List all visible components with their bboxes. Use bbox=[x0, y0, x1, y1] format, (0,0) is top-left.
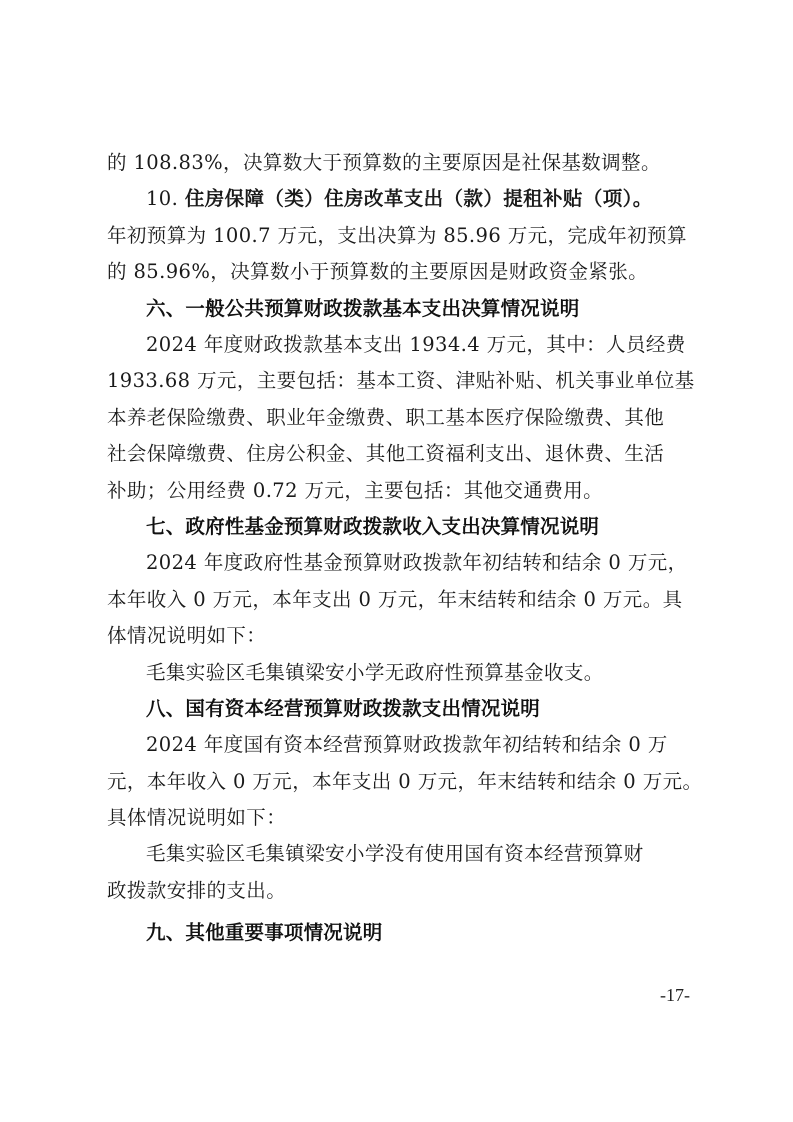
text-line: 元，本年收入 0 万元，本年支出 0 万元，年末结转和结余 0 万元。 bbox=[107, 764, 687, 800]
text-line: 毛集实验区毛集镇梁安小学无政府性预算基金收支。 bbox=[107, 655, 687, 691]
section-heading-7: 七、政府性基金预算财政拨款收入支出决算情况说明 bbox=[107, 509, 687, 545]
text-line: 2024 年度国有资本经营预算财政拨款年初结转和结余 0 万 bbox=[107, 727, 687, 763]
text-line: 政拨款安排的支出。 bbox=[107, 873, 687, 909]
text-line: 社会保障缴费、住房公积金、其他工资福利支出、退休费、生活 bbox=[107, 436, 687, 472]
text-line: 的 85.96%，决算数小于预算数的主要原因是财政资金紧张。 bbox=[107, 254, 687, 290]
text-line: 本年收入 0 万元，本年支出 0 万元，年末结转和结余 0 万元。具 bbox=[107, 582, 687, 618]
section-heading-8: 八、国有资本经营预算财政拨款支出情况说明 bbox=[107, 691, 687, 727]
text-line: 补助；公用经费 0.72 万元，主要包括：其他交通费用。 bbox=[107, 473, 687, 509]
text-line: 2024 年度政府性基金预算财政拨款年初结转和结余 0 万元， bbox=[107, 545, 687, 581]
text-line: 1933.68 万元，主要包括：基本工资、津贴补贴、机关事业单位基 bbox=[107, 363, 687, 399]
text-line: 2024 年度财政拨款基本支出 1934.4 万元，其中：人员经费 bbox=[107, 327, 687, 363]
item-number: 10. bbox=[146, 187, 178, 210]
item-10-title: 10. 住房保障（类）住房改革支出（款）提租补贴（项）。 bbox=[107, 181, 687, 217]
text-line: 具体情况说明如下： bbox=[107, 800, 687, 836]
page-number: -17- bbox=[660, 985, 690, 1006]
text-line: 毛集实验区毛集镇梁安小学没有使用国有资本经营预算财 bbox=[107, 836, 687, 872]
text-line: 体情况说明如下： bbox=[107, 618, 687, 654]
text-line: 本养老保险缴费、职业年金缴费、职工基本医疗保险缴费、其他 bbox=[107, 400, 687, 436]
text-line: 的 108.83%，决算数大于预算数的主要原因是社保基数调整。 bbox=[107, 145, 687, 181]
section-heading-6: 六、一般公共预算财政拨款基本支出决算情况说明 bbox=[107, 291, 687, 327]
text-line: 年初预算为 100.7 万元，支出决算为 85.96 万元，完成年初预算 bbox=[107, 218, 687, 254]
document-page: 的 108.83%，决算数大于预算数的主要原因是社保基数调整。 10. 住房保障… bbox=[0, 0, 793, 1122]
page-content: 的 108.83%，决算数大于预算数的主要原因是社保基数调整。 10. 住房保障… bbox=[107, 145, 687, 952]
item-bold-title: 住房保障（类）住房改革支出（款）提租补贴（项）。 bbox=[185, 187, 653, 210]
section-heading-9: 九、其他重要事项情况说明 bbox=[107, 915, 687, 951]
